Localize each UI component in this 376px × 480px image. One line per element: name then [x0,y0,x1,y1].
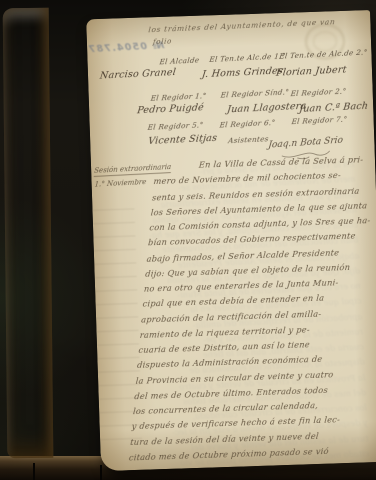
office-header: El Regidor 2.° [290,86,347,98]
office-header: El Regidor 1.° [150,91,207,103]
manuscript-page: № 0504.787 los trámites del Ayuntamiento… [86,10,376,471]
office-header: El Ten.te de Alc.de 2.° [279,47,368,60]
top-annotation-line2: folio [153,37,173,46]
signature-name: Vicente Sitjas [148,133,218,147]
signature-name: Asistentes [228,134,270,145]
floor-slit [33,463,35,480]
signature-name: Pedro Puigdé [137,102,205,116]
signature-name: Juan C.ª Bach [299,101,369,115]
manuscript-body-text: En la Villa de Cassá de la Selva á pri-m… [128,152,376,466]
office-header: El Ten.te Alc.de 1.° [209,51,286,64]
signature-name: Juan Llagostera [227,101,307,116]
office-header: El Alcalde [159,55,200,66]
office-header: El Regidor 6.° [219,118,276,130]
signature-name: Narciso Granel [99,67,176,82]
office-header: El Regidor Sínd.° [220,87,290,99]
signature-name: Florian Jubert [275,64,347,78]
signature-name: J. Homs Grindes [201,65,283,80]
office-header: El Regidor 5.° [147,120,204,132]
floor-slit [100,465,102,480]
office-header: El Regidor 7.° [291,114,348,126]
manuscript-photo: № 0504.787 los trámites del Ayuntamiento… [0,0,376,480]
